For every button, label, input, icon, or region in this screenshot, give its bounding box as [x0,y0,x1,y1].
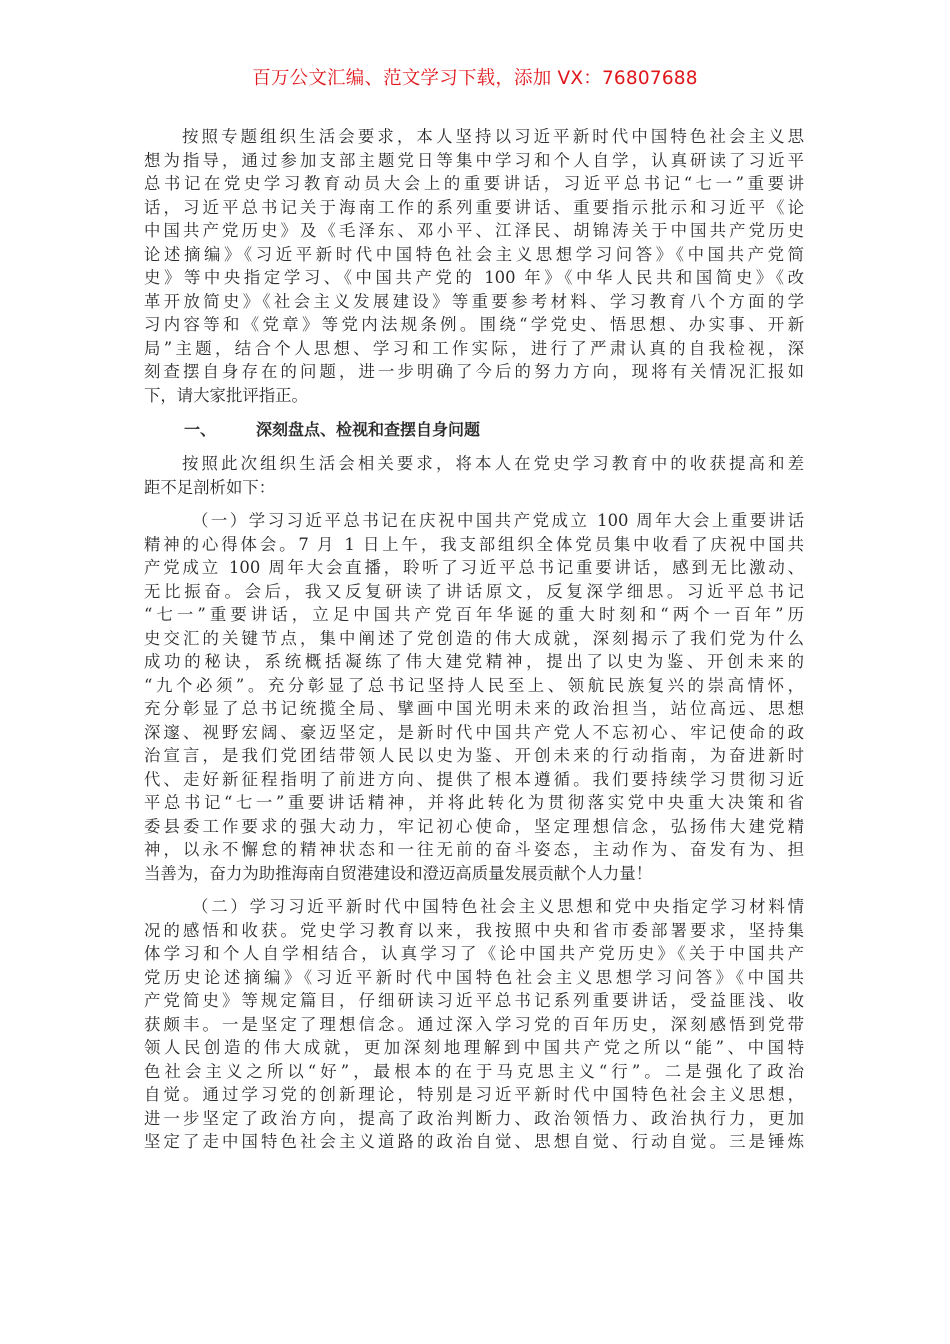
text-line: 精神的心得体会。7 月 1 日上午，我支部组织全体党员集中收看了庆祝中国共 [144,533,804,557]
section-title: 深刻盘点、检视和查摆自身问题 [256,420,480,439]
text-line: 无比振奋。会后，我又反复研读了讲话原文，反复深学细思。习近平总书记 [144,580,804,604]
text-line: 革开放简史》《社会主义发展建设》等重要参考材料、学习教育八个方面的学 [144,290,804,314]
text-line: 距不足剖析如下： [144,476,804,500]
text-line: 色社会主义之所以“好”，最根本的在于马克思主义“行”。二是强化了政治 [144,1060,804,1084]
text-line: 领人民创造的伟大成就，更加深刻地理解到中国共产党之所以“能”、中国特 [144,1036,804,1060]
intro-paragraph: 按照专题组织生活会要求，本人坚持以习近平新时代中国特色社会主义思想为指导，通过参… [144,125,804,407]
text-line: 总书记在党史学习教育动员大会上的重要讲话，习近平总书记“七一”重要讲 [144,172,804,196]
text-line: 况的感悟和收获。党史学习教育以来，我按照中央和省市委部署要求，坚持集 [144,919,804,943]
text-line: 局”主题，结合个人思想、学习和工作实际，进行了严肃认真的自我检视，深 [144,337,804,361]
text-line: 体学习和个人自学相结合，认真学习了《论中国共产党历史》《关于中国共产 [144,942,804,966]
text-line: 平总书记“七一”重要讲话精神，并将此转化为贯彻落实党中央重大决策和省 [144,791,804,815]
text-line: 党历史论述摘编》《习近平新时代中国特色社会主义思想学习问答》《中国共 [144,966,804,990]
text-line: “九个必须”。充分彰显了总书记坚持人民至上、领航民族复兴的崇高情怀， [144,674,804,698]
text-line: 进一步坚定了政治方向，提高了政治判断力、政治领悟力、政治执行力，更加 [144,1107,804,1131]
subsection-2-paragraph: （二）学习习近平新时代中国特色社会主义思想和党中央指定学习材料情况的感悟和收获。… [144,895,804,1154]
text-line: 委县委工作要求的强大动力，牢记初心使命，坚定理想信念，弘扬伟大建党精 [144,815,804,839]
text-line: 神，以永不懈怠的精神状态和一往无前的奋斗姿态，主动作为、奋发有为、担 [144,838,804,862]
text-line: 史》等中央指定学习、《中国共产党的 100 年》《中华人民共和国简史》《改 [144,266,804,290]
text-line: 下，请大家批评指正。 [144,384,804,408]
text-line: 话，习近平总书记关于海南工作的系列重要讲话、重要指示批示和习近平《论 [144,196,804,220]
text-line: 成功的秘诀，系统概括凝练了伟大建党精神，提出了以史为鉴、开创未来的 [144,650,804,674]
section1-intro-paragraph: 按照此次组织生活会相关要求，将本人在党史学习教育中的收获提高和差距不足剖析如下： [144,452,804,499]
subsection-1-paragraph: （一）学习习近平总书记在庆祝中国共产党成立 100 周年大会上重要讲话精神的心得… [144,509,804,885]
text-line: 充分彰显了总书记统揽全局、擘画中国光明未来的政治担当，站位高远、思想 [144,697,804,721]
text-line: 自觉。通过学习党的创新理论，特别是习近平新时代中国特色社会主义思想， [144,1083,804,1107]
text-line: （二）学习习近平新时代中国特色社会主义思想和党中央指定学习材料情 [144,895,804,919]
document-body: 按照专题组织生活会要求，本人坚持以习近平新时代中国特色社会主义思想为指导，通过参… [144,125,804,1164]
section-heading-1: 一、深刻盘点、检视和查摆自身问题 [144,417,804,443]
text-line: 当善为，奋力为助推海南自贸港建设和澄迈高质量发展贡献个人力量！ [144,862,804,886]
text-line: 习内容等和《党章》等党内法规条例。围绕“学党史、悟思想、办实事、开新 [144,313,804,337]
text-line: 刻查摆自身存在的问题，进一步明确了今后的努力方向，现将有关情况汇报如 [144,360,804,384]
text-line: 按照专题组织生活会要求，本人坚持以习近平新时代中国特色社会主义思 [144,125,804,149]
text-line: 论述摘编》《习近平新时代中国特色社会主义思想学习问答》《中国共产党简 [144,243,804,267]
text-line: 获颇丰。一是坚定了理想信念。通过深入学习党的百年历史，深刻感悟到党带 [144,1013,804,1037]
text-line: 产党成立 100 周年大会直播，聆听了习近平总书记重要讲话，感到无比激动、 [144,556,804,580]
text-line: “七一”重要讲话，立足中国共产党百年华诞的重大时刻和“两个一百年”历 [144,603,804,627]
section-number: 一、 [144,417,256,443]
text-line: 代、走好新征程指明了前进方向、提供了根本遵循。我们要持续学习贯彻习近 [144,768,804,792]
text-line: 中国共产党历史》及《毛泽东、邓小平、江泽民、胡锦涛关于中国共产党历史 [144,219,804,243]
download-banner: 百万公文汇编、范文学习下载，添加 VX：76807688 [0,66,950,92]
text-line: 深邃、视野宏阔、豪迈坚定，是新时代中国共产党人不忘初心、牢记使命的政 [144,721,804,745]
text-line: 想为指导，通过参加支部主题党日等集中学习和个人自学，认真研读了习近平 [144,149,804,173]
text-line: 坚定了走中国特色社会主义道路的政治自觉、思想自觉、行动自觉。三是锤炼 [144,1130,804,1154]
text-line: （一）学习习近平总书记在庆祝中国共产党成立 100 周年大会上重要讲话 [144,509,804,533]
text-line: 治宣言，是我们党团结带领人民以史为鉴、开创未来的行动指南，为奋进新时 [144,744,804,768]
text-line: 史交汇的关键节点，集中阐述了党创造的伟大成就，深刻揭示了我们党为什么 [144,627,804,651]
text-line: 按照此次组织生活会相关要求，将本人在党史学习教育中的收获提高和差 [144,452,804,476]
text-line: 产党简史》等规定篇目，仔细研读习近平总书记系列重要讲话，受益匪浅、收 [144,989,804,1013]
